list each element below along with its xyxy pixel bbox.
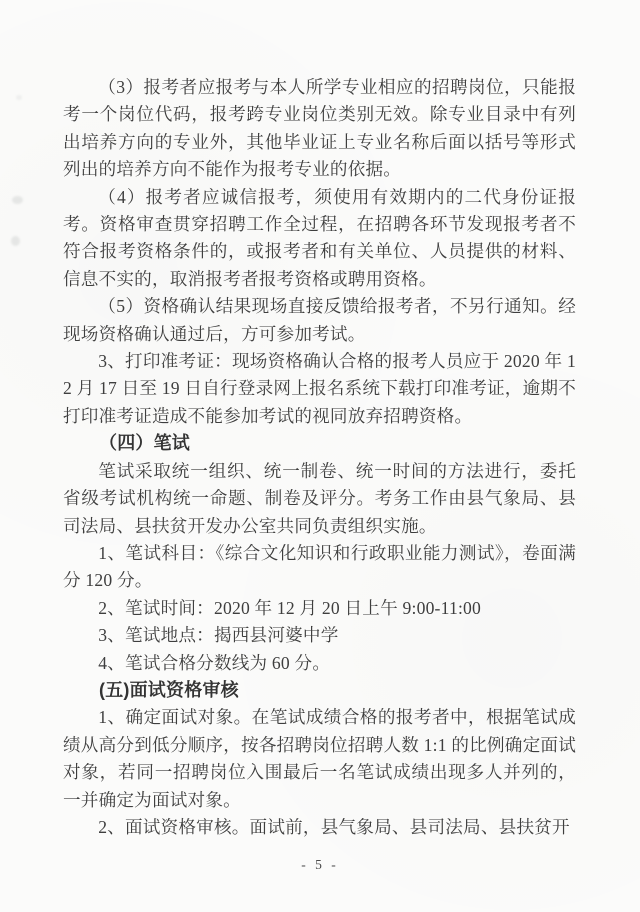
document-page-body: （3）报考者应报考与本人所学专业相应的招聘岗位，只能报考一个岗位代码，报考跨专业… (63, 74, 576, 841)
section-heading-written-test: （四）笔试 (63, 430, 576, 457)
paragraph-written-test-subject: 1、笔试科目：《综合文化知识和行政职业能力测试》，卷面满分 120 分。 (63, 540, 576, 595)
paragraph-print-admission-ticket: 3、打印准考证：现场资格确认合格的报考人员应于 2020 年 12 月 17 日… (63, 348, 576, 430)
paragraph-written-test-time: 2、笔试时间：2020 年 12 月 20 日上午 9:00-11:00 (63, 595, 576, 622)
paragraph-interview-qualification-review: 2、面试资格审核。面试前，县气象局、县司法局、县扶贫开 (63, 814, 576, 841)
scan-artifact (11, 236, 20, 246)
page-number: - 5 - (0, 857, 640, 873)
paragraph-written-test-passing-score: 4、笔试合格分数线为 60 分。 (63, 650, 576, 677)
paragraph-item-5: （5）资格确认结果现场直接反馈给报考者，不另行通知。经现场资格确认通过后，方可参… (63, 293, 576, 348)
section-heading-interview-qualification: (五)面试资格审核 (63, 677, 576, 704)
paragraph-written-test-organization: 笔试采取统一组织、统一制卷、统一时间的方法进行，委托省级考试机构统一命题、制卷及… (63, 458, 576, 540)
scan-artifact (12, 196, 23, 204)
paragraph-interview-candidates: 1、确定面试对象。在笔试成绩合格的报考者中，根据笔试成绩从高分到低分顺序，按各招… (63, 704, 576, 814)
paragraph-item-3: （3）报考者应报考与本人所学专业相应的招聘岗位，只能报考一个岗位代码，报考跨专业… (63, 74, 576, 184)
paragraph-written-test-location: 3、笔试地点：揭西县河婆中学 (63, 622, 576, 649)
scan-artifact (16, 95, 22, 100)
paragraph-item-4: （4）报考者应诚信报考，须使用有效期内的二代身份证报考。资格审查贯穿招聘工作全过… (63, 184, 576, 294)
